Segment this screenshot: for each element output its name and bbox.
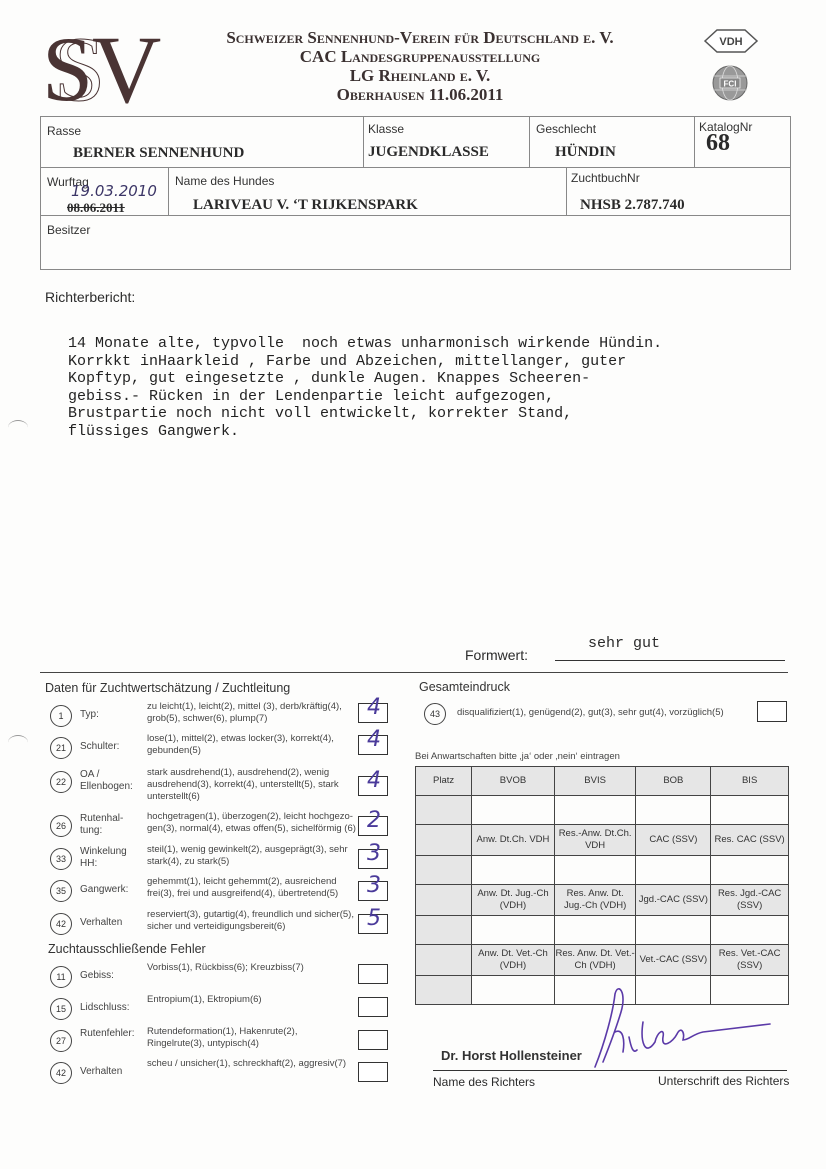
criterion-label: Gebiss: (80, 970, 142, 982)
criterion-number: 11 (50, 966, 72, 988)
gesamt-title: Gesamteindruck (419, 680, 510, 694)
award-label-cell: CAC (SSV) (636, 825, 711, 856)
rasse-label: Rasse (47, 124, 81, 138)
award-label-cell: Anw. Dt.Ch. VDH (472, 825, 555, 856)
award-label-cell: Res. Vet.-CAC (SSV) (711, 945, 789, 976)
wurftag-handwritten: 19.03.2010 (71, 182, 157, 200)
zucht-title: Daten für Zuchtwertschätzung / Zuchtleit… (45, 681, 290, 695)
entry-cell[interactable] (416, 825, 472, 856)
anwartschaft-note: Bei Anwartschaften bitte ‚ja‘ oder ‚nein… (415, 751, 620, 762)
wurftag-struck: 08.06.2011 (67, 200, 125, 216)
section-divider (40, 672, 788, 673)
name-cell: Name des Hundes LARIVEAU V. ‘T RIJKENSPA… (168, 168, 567, 215)
org-line-4: Oberhausen 11.06.2011 (170, 85, 670, 104)
criterion-options: lose(1), mittel(2), etwas locker(3), kor… (147, 733, 357, 757)
entry-cell[interactable] (472, 916, 555, 945)
criterion-options: hochgetragen(1), überzogen(2), leicht ho… (147, 811, 357, 835)
criterion-number: 27 (50, 1030, 72, 1052)
criterion-options: Entropium(1), Ektropium(6) (147, 994, 357, 1006)
criterion-value-box[interactable]: 2 (358, 816, 388, 836)
gesamt-value-box[interactable] (757, 701, 787, 722)
geschlecht-value: HÜNDIN (555, 144, 616, 161)
criterion-value: 4 (367, 698, 381, 718)
entry-cell[interactable] (416, 796, 472, 825)
klasse-value: JUGENDKLASSE (368, 144, 489, 161)
geschlecht-cell: Geschlecht HÜNDIN (529, 117, 695, 167)
entry-cell[interactable] (636, 916, 711, 945)
criterion-value-box[interactable]: 3 (358, 881, 388, 901)
entry-cell[interactable] (636, 856, 711, 885)
criterion-number: 42 (50, 913, 72, 935)
table-row (416, 856, 789, 885)
entry-cell[interactable] (416, 916, 472, 945)
entry-cell[interactable] (711, 916, 789, 945)
criterion-number: 35 (50, 880, 72, 902)
criterion-label: Rutenfehler: (80, 1028, 142, 1040)
table-row: Anw. Dt. Vet.-Ch (VDH)Res. Anw. Dt. Vet.… (416, 945, 789, 976)
entry-cell[interactable] (416, 976, 472, 1005)
entry-cell[interactable] (472, 856, 555, 885)
criterion-value-box[interactable] (358, 964, 388, 984)
award-label-cell: Res. Jgd.-CAC (SSV) (711, 885, 789, 916)
judge-signature (585, 982, 775, 1077)
criterion-label: Winkelung HH: (80, 846, 142, 870)
criterion-value-box[interactable] (358, 1062, 388, 1082)
award-label-cell: Anw. Dt. Vet.-Ch (VDH) (472, 945, 555, 976)
entry-cell[interactable] (711, 856, 789, 885)
award-label-cell: Res. Anw. Dt. Vet.-Ch (VDH) (554, 945, 636, 976)
klasse-label: Klasse (368, 122, 404, 136)
name-label: Name des Hundes (175, 174, 274, 188)
criterion-value: 4 (367, 771, 381, 791)
entry-cell[interactable] (554, 796, 636, 825)
criterion-options: Vorbiss(1), Rückbiss(6); Kreuzbiss(7) (147, 962, 357, 974)
criterion-value-box[interactable]: 3 (358, 849, 388, 869)
katalog-value: 68 (706, 130, 730, 157)
entry-cell[interactable] (554, 856, 636, 885)
criterion-value: 3 (367, 876, 381, 896)
fci-globe-icon: FCI (711, 64, 749, 102)
ssv-logo: S S V (40, 24, 170, 106)
criterion-number: 15 (50, 998, 72, 1020)
criterion-label: Lidschluss: (80, 1002, 142, 1014)
entry-cell[interactable] (416, 945, 472, 976)
report-label: Richterbericht: (45, 289, 135, 305)
award-label-cell: Res.-Anw. Dt.Ch. VDH (554, 825, 636, 856)
svg-text:VDH: VDH (719, 36, 742, 48)
criterion-value-box[interactable]: 4 (358, 776, 388, 796)
criterion-label: OA / Ellenbogen: (80, 769, 142, 793)
criterion-options: Rutendeformation(1), Hakenrute(2), Ringe… (147, 1026, 357, 1050)
punch-mark (8, 420, 28, 435)
entry-cell[interactable] (711, 796, 789, 825)
entry-cell[interactable] (472, 976, 555, 1005)
award-label-cell: Jgd.-CAC (SSV) (636, 885, 711, 916)
table-header: BIS (711, 767, 789, 796)
criterion-label: Typ: (80, 709, 142, 721)
entry-cell[interactable] (416, 885, 472, 916)
rasse-value: BERNER SENNENHUND (73, 145, 244, 162)
criterion-number: 42 (50, 1062, 72, 1084)
formwert-value: sehr gut (588, 635, 660, 652)
criterion-value: 5 (367, 909, 381, 929)
judge-name-label: Name des Richters (433, 1075, 535, 1089)
criterion-options: zu leicht(1), leicht(2), mittel (3), der… (147, 701, 357, 725)
criterion-label: Verhalten (80, 1066, 142, 1078)
formwert-line (555, 660, 785, 661)
criterion-options: steil(1), wenig gewinkelt(2), ausgeprägt… (147, 844, 357, 868)
table-header: BVOB (472, 767, 555, 796)
criterion-value-box[interactable] (358, 997, 388, 1017)
table-header: Platz (416, 767, 472, 796)
besitzer-row: Besitzer (41, 216, 790, 268)
criterion-value-box[interactable]: 4 (358, 703, 388, 723)
entry-cell[interactable] (636, 796, 711, 825)
zuchtbuch-value: NHSB 2.787.740 (580, 197, 685, 214)
entry-cell[interactable] (554, 916, 636, 945)
svg-text:V: V (92, 24, 161, 106)
criterion-number: 21 (50, 737, 72, 759)
formwert-label: Formwert: (465, 647, 528, 663)
criterion-label: Schulter: (80, 741, 142, 753)
criterion-options: reserviert(3), gutartig(4), freundlich u… (147, 909, 357, 933)
zuchtbuch-label: ZuchtbuchNr (571, 171, 640, 185)
signature-label: Unterschrift des Richters (658, 1074, 789, 1088)
table-row: Anw. Dt. Jug.-Ch (VDH)Res. Anw. Dt. Jug.… (416, 885, 789, 916)
criterion-label: Verhalten (80, 917, 142, 929)
geschlecht-label: Geschlecht (536, 122, 596, 136)
table-header: BVIS (554, 767, 636, 796)
criterion-number: 22 (50, 771, 72, 793)
criterion-options: stark ausdrehend(1), ausdrehend(2), weni… (147, 767, 357, 803)
table-row (416, 796, 789, 825)
punch-mark (8, 735, 28, 750)
dog-name-value: LARIVEAU V. ‘T RIJKENSPARK (193, 197, 418, 214)
gesamt-number-circle: 43 (424, 703, 446, 725)
criterion-value: 4 (367, 730, 381, 750)
report-text: 14 Monate alte, typvolle noch etwas unha… (68, 335, 768, 440)
org-line-2: CAC Landesgruppenausstellung (170, 47, 670, 66)
info-row-1: Rasse BERNER SENNENHUND Klasse JUGENDKLA… (41, 117, 790, 168)
table-row (416, 916, 789, 945)
criterion-value-box[interactable]: 4 (358, 735, 388, 755)
org-line-3: LG Rheinland e. V. (170, 66, 670, 85)
criterion-number: 33 (50, 848, 72, 870)
org-line-1: Schweizer Sennenhund-Verein für Deutschl… (170, 28, 670, 47)
award-label-cell: Vet.-CAC (SSV) (636, 945, 711, 976)
criterion-value-box[interactable] (358, 1030, 388, 1050)
criterion-value-box[interactable]: 5 (358, 914, 388, 934)
criterion-value: 2 (367, 811, 381, 831)
svg-text:FCI: FCI (724, 80, 737, 89)
organizer-header: Schweizer Sennenhund-Verein für Deutschl… (170, 28, 670, 104)
criterion-number: 26 (50, 815, 72, 837)
criterion-options: scheu / unsicher(1), schreckhaft(2), agg… (147, 1058, 357, 1070)
criterion-label: Gangwerk: (80, 884, 142, 896)
award-label-cell: Anw. Dt. Jug.-Ch (VDH) (472, 885, 555, 916)
katalog-cell: KatalogNr 68 (694, 117, 790, 167)
besitzer-label: Besitzer (47, 223, 90, 237)
gesamt-options: disqualifiziert(1), genügend(2), gut(3),… (457, 707, 724, 718)
criterion-label: Rutenhal-tung: (80, 813, 142, 837)
criterion-value: 3 (367, 844, 381, 864)
entry-cell[interactable] (472, 796, 555, 825)
criterion-options: gehemmt(1), leicht gehemmt(2), ausreiche… (147, 876, 357, 900)
vdh-badge-icon: VDH (703, 28, 759, 54)
entry-cell[interactable] (416, 856, 472, 885)
award-label-cell: Res. Anw. Dt. Jug.-Ch (VDH) (554, 885, 636, 916)
criterion-number: 1 (50, 705, 72, 727)
signature-line (433, 1070, 787, 1071)
dog-info-table: Rasse BERNER SENNENHUND Klasse JUGENDKLA… (40, 116, 791, 270)
table-row: Anw. Dt.Ch. VDHRes.-Anw. Dt.Ch. VDHCAC (… (416, 825, 789, 856)
award-label-cell: Res. CAC (SSV) (711, 825, 789, 856)
anwartschaft-table: PlatzBVOBBVISBOBBISAnw. Dt.Ch. VDHRes.-A… (415, 766, 789, 1005)
klasse-cell: Klasse JUGENDKLASSE (363, 117, 530, 167)
zuchtbuch-cell: ZuchtbuchNr NHSB 2.787.740 (566, 168, 790, 215)
table-header: BOB (636, 767, 711, 796)
judge-name: Dr. Horst Hollensteiner (441, 1048, 582, 1063)
fehler-title: Zuchtausschließende Fehler (48, 942, 206, 956)
info-row-2: Wurftag 19.03.2010 08.06.2011 Name des H… (41, 168, 790, 216)
